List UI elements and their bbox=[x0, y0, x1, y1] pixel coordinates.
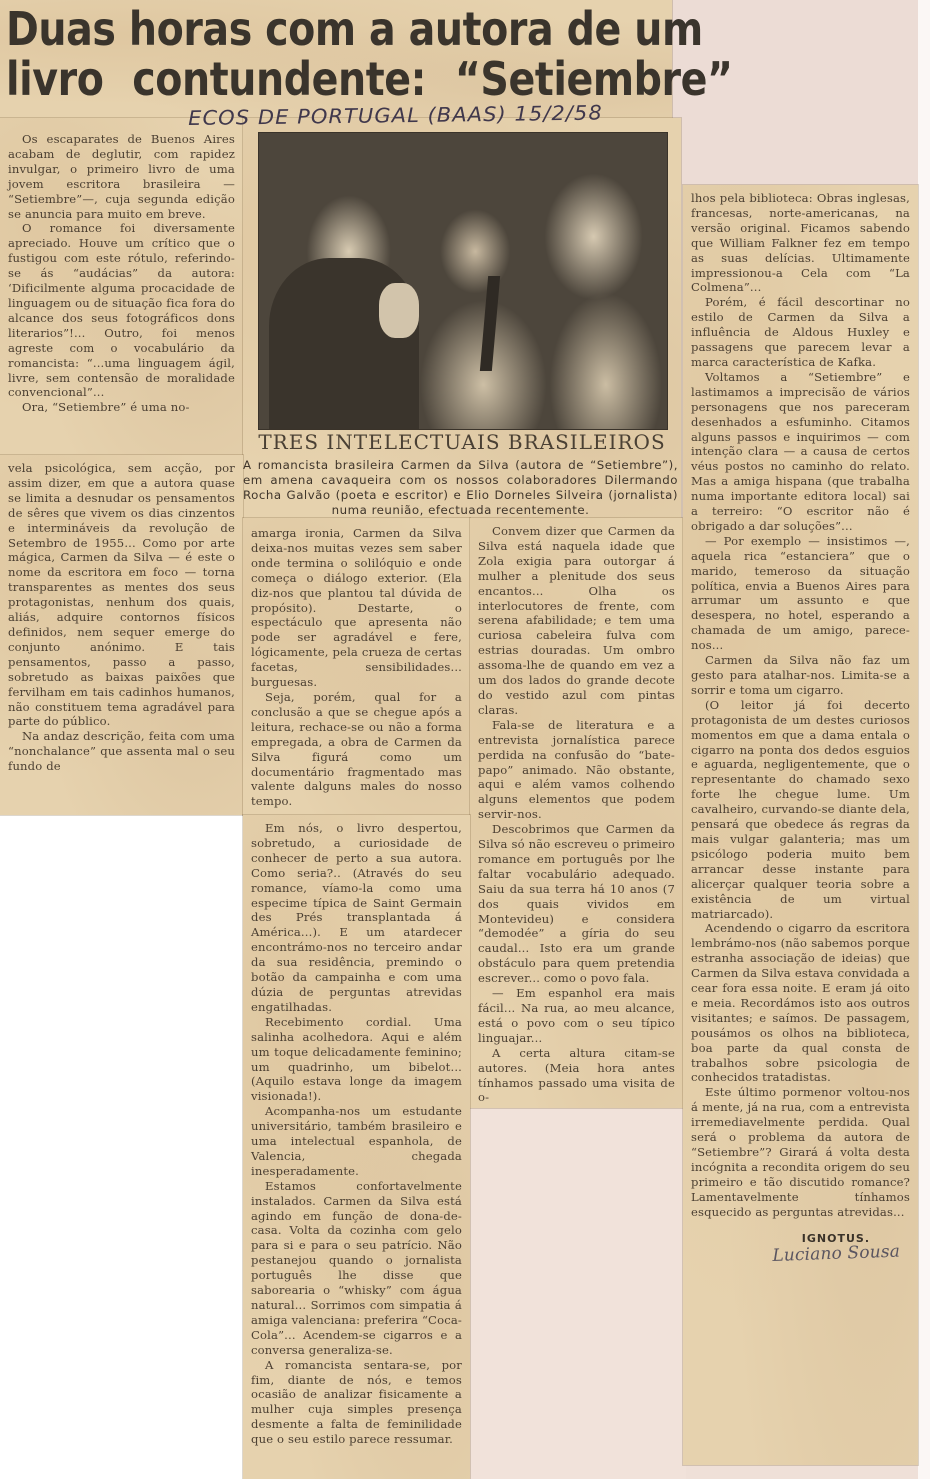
paragraph: Em nós, o livro despertou, sobretudo, a … bbox=[251, 821, 462, 1015]
paragraph: Fala-se de literatura e a entrevista jor… bbox=[478, 718, 675, 822]
paragraph: Recebimento cordial. Uma salinha acolhed… bbox=[251, 1015, 462, 1104]
handwritten-signature: Luciano Sousa bbox=[691, 1245, 910, 1268]
paragraph: Acompanha-nos um estudante universitário… bbox=[251, 1104, 462, 1179]
column-3: Convem dizer que Carmen da Silva está na… bbox=[470, 518, 683, 1108]
column-2-top: amarga ironia, Carmen da Silva deixa-nos… bbox=[243, 518, 470, 815]
paragraph: Convem dizer que Carmen da Silva está na… bbox=[478, 524, 675, 718]
paragraph: Estamos confortavelmente instalados. Car… bbox=[251, 1179, 462, 1358]
news-photo bbox=[258, 132, 668, 430]
article-headline: Duas horas com a autora de um livro cont… bbox=[6, 4, 574, 104]
backing-paper-bottom-middle bbox=[470, 1108, 686, 1479]
column-4: lhos pela biblioteca: Obras inglesas, fr… bbox=[683, 185, 918, 1465]
paragraph: Descobrimos que Carmen da Silva só não e… bbox=[478, 822, 675, 986]
paragraph: A certa altura citam-se autores. (Meia h… bbox=[478, 1046, 675, 1106]
paragraph: — Por exemplo — insistimos —, aquela ric… bbox=[691, 534, 910, 653]
paragraph: Na andaz descrição, feita com uma “nonch… bbox=[8, 729, 235, 774]
paragraph: Seja, porém, qual for a conclusão a que … bbox=[251, 690, 462, 809]
paragraph: Acendendo o cigarro da escritora lembrám… bbox=[691, 921, 910, 1085]
paragraph: vela psicológica, sem acção, por assim d… bbox=[8, 461, 235, 729]
backing-edge-right bbox=[918, 0, 930, 1479]
headline-line-1: Duas horas com a autora de um bbox=[6, 4, 574, 54]
paragraph: Porém, é fácil descortinar no estilo de … bbox=[691, 295, 910, 370]
paragraph: Este último pormenor voltou-nos á mente,… bbox=[691, 1085, 910, 1219]
paragraph: O romance foi diversamente apreciado. Ho… bbox=[8, 221, 235, 400]
paragraph: — Em espanhol era mais fácil... Na rua, … bbox=[478, 986, 675, 1046]
headline-line-2: livro contundente: “Setiembre” bbox=[6, 54, 574, 104]
paragraph: (O leitor já foi decerto protagonista de… bbox=[691, 698, 910, 922]
column-2-bottom: Em nós, o livro despertou, sobretudo, a … bbox=[243, 815, 470, 1479]
column-1-top: Os escaparates de Buenos Aires acabam de… bbox=[0, 118, 243, 455]
paragraph: lhos pela biblioteca: Obras inglesas, fr… bbox=[691, 191, 910, 295]
column-1-bottom: vela psicológica, sem acção, por assim d… bbox=[0, 455, 243, 815]
photo-figure-tie bbox=[480, 276, 500, 371]
backing-white-bottom-left bbox=[0, 815, 243, 1479]
paragraph: A romancista sentara-se, por fim, diante… bbox=[251, 1358, 462, 1447]
paragraph: amarga ironia, Carmen da Silva deixa-nos… bbox=[251, 526, 462, 690]
paragraph: Voltamos a “Setiembre” e lastimamos a im… bbox=[691, 370, 910, 534]
photo-caption-title: TRES INTELECTUAIS BRASILEIROS bbox=[258, 430, 666, 454]
photo-figure-hand bbox=[379, 283, 419, 338]
paragraph: Ora, “Setiembre” é uma no- bbox=[8, 400, 235, 415]
paragraph: Carmen da Silva não faz um gesto para at… bbox=[691, 653, 910, 698]
photo-caption: A romancista brasileira Carmen da Silva … bbox=[243, 458, 678, 518]
paragraph: Os escaparates de Buenos Aires acabam de… bbox=[8, 132, 235, 221]
